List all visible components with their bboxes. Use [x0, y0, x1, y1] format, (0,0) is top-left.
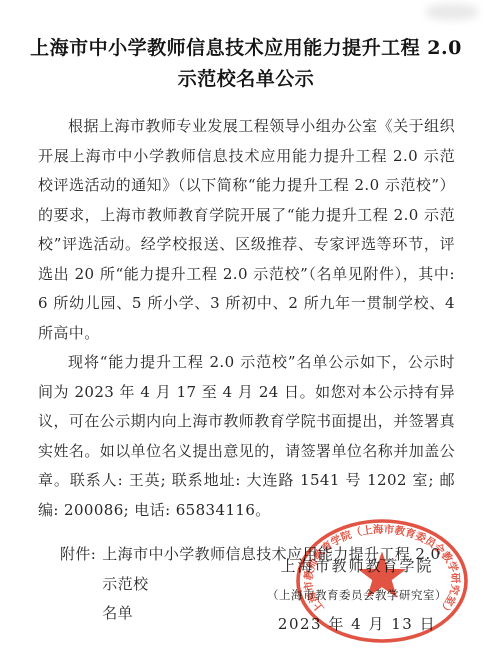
seal-star-icon	[358, 552, 407, 598]
scan-artifact	[426, 4, 478, 20]
document-title-line1: 上海市中小学教师信息技术应用能力提升工程 2.0	[24, 33, 468, 64]
document-page: 上海市中小学教师信息技术应用能力提升工程 2.0 示范校名单公示 根据上海市教师…	[0, 0, 492, 663]
document-title-line2: 示范校名单公示	[24, 64, 468, 95]
document-body: 根据上海市教师专业发展工程领导小组办公室《关于组织开展上海市中小学教师信息技术应…	[38, 112, 455, 525]
official-red-seal: 上海市教师教育学院（上海市教育委员会教学研究室）	[292, 515, 472, 647]
attachment-line2: 名单	[102, 604, 133, 622]
paragraph-2: 现将“能力提升工程 2.0 示范校”名单公示如下，公示时间为 2023 年 4 …	[38, 348, 455, 525]
document-title: 上海市中小学教师信息技术应用能力提升工程 2.0 示范校名单公示	[24, 33, 468, 95]
attachment-label: 附件:	[60, 540, 96, 629]
paragraph-1: 根据上海市教师专业发展工程领导小组办公室《关于组织开展上海市中小学教师信息技术应…	[38, 112, 455, 348]
